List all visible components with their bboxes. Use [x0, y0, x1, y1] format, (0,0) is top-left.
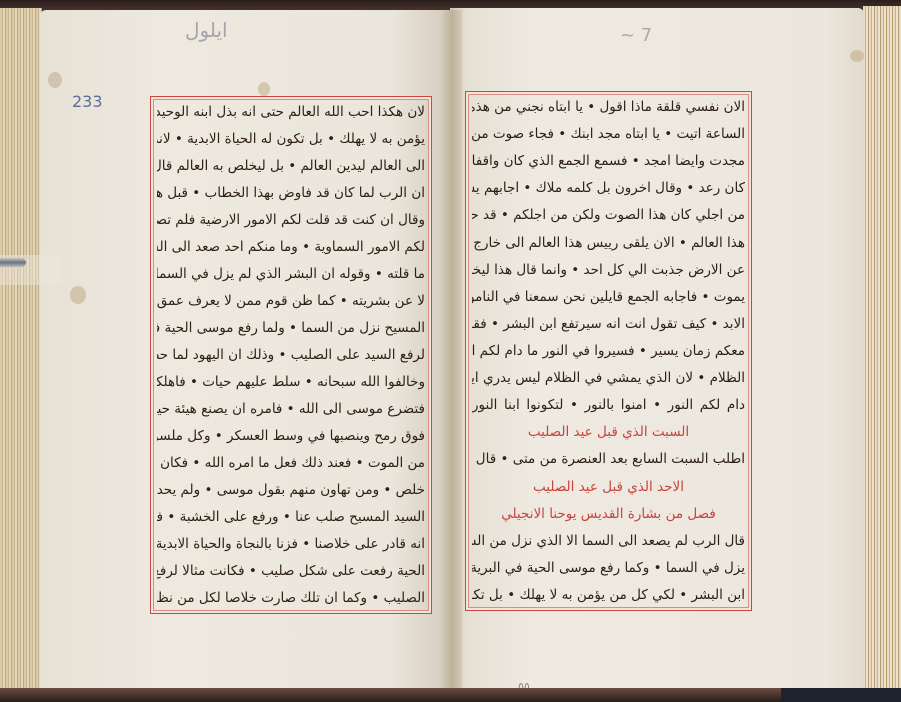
- text-line: فوق رمح وينصبها في وسط العسكر • وكل ملسو…: [157, 425, 425, 447]
- text-line: وخالفوا الله سبحانه • سلط عليهم حيات • ف…: [157, 371, 425, 393]
- metal-clip-icon: [0, 258, 26, 267]
- book-gutter: [440, 10, 462, 690]
- right-text-block: الان نفسي قلقة ماذا اقول • يا ابتاه نجني…: [472, 96, 745, 606]
- text-line: السيد المسيح صلب عنا • ورفع على الخشبة •…: [157, 506, 425, 528]
- text-line: من اجلي كان هذا الصوت ولكن من اجلكم • قد…: [472, 204, 745, 226]
- backdrop-bottom-right: [781, 688, 901, 702]
- text-line: الحية رفعت على شكل صليب • فكانت مثالا لر…: [157, 560, 425, 582]
- text-line: اطلب السبت السابع بعد العنصرة من متى • ق…: [472, 448, 745, 470]
- text-line: معكم زمان يسير • فسيروا في النور ما دام …: [472, 340, 745, 362]
- text-line: لرفع السيد على الصليب • وذلك ان اليهود ل…: [157, 344, 425, 366]
- text-line: مجدت وايضا امجد • فسمع الجمع الذي كان وا…: [472, 150, 745, 172]
- text-line: الساعة اتيت • يا ابتاه مجد ابنك • فجاء ص…: [472, 123, 745, 145]
- left-text-block: لان هكذا احب الله العالم حتى انه بذل ابن…: [157, 101, 425, 609]
- text-line: يؤمن به لا يهلك • بل تكون له الحياة الاب…: [157, 128, 425, 150]
- text-line: فتضرع موسى الى الله • فامره ان يصنع هيئة…: [157, 398, 425, 420]
- text-line: لكم الامور السماوية • وما منكم احد صعد ا…: [157, 236, 425, 258]
- text-line: الصليب • وكما ان تلك صارت خلاصا لكل من ن…: [157, 587, 425, 609]
- text-line: قال الرب لم يصعد الى السما الا الذي نزل …: [472, 530, 745, 552]
- text-line: الى العالم ليدين العالم • بل ليخلص به ال…: [157, 155, 425, 177]
- text-line: من الموت • فعند ذلك فعل ما امره الله • ف…: [157, 452, 425, 474]
- stain: [48, 72, 62, 88]
- rubric-heading: الاحد الذي قبل عيد الصليب: [472, 476, 745, 498]
- stain: [258, 82, 270, 96]
- text-line: المسيح نزل من السما • ولما رفع موسى الحي…: [157, 317, 425, 339]
- text-line: لا عن بشريته • كما ظن قوم ممن لا يعرف عم…: [157, 290, 425, 312]
- text-line: ما قلته • وقوله ان البشر الذي لم يزل في …: [157, 263, 425, 285]
- left-text-frame: لان هكذا احب الله العالم حتى انه بذل ابن…: [150, 96, 432, 614]
- stain: [70, 286, 86, 304]
- text-line: وقال ان كنت قد قلت لكم الامور الارضية فل…: [157, 209, 425, 231]
- pencil-note-left: ايلول: [185, 18, 228, 42]
- pencil-note-right: ~ 7: [620, 25, 652, 46]
- text-line: خلص • ومن تهاون منهم بقول موسى • ولم يحد…: [157, 479, 425, 501]
- text-line: انه قادر على خلاصنا • فزنا بالنجاة والحي…: [157, 533, 425, 555]
- text-line: لان هكذا احب الله العالم حتى انه بذل ابن…: [157, 101, 425, 123]
- right-text-frame: الان نفسي قلقة ماذا اقول • يا ابتاه نجني…: [465, 91, 752, 611]
- text-line: عن الارض جذبت الي كل احد • وانما قال هذا…: [472, 259, 745, 281]
- stain: [850, 50, 864, 62]
- text-line: الابد • كيف تقول انت انه سيرتفع ابن البش…: [472, 313, 745, 335]
- page-edges-right: [863, 6, 901, 690]
- page-edges-left: [0, 8, 42, 690]
- text-line: هذا العالم • الان يلقى رييس هذا العالم ا…: [472, 232, 745, 254]
- text-line: يزل في السما • وكما رفع موسى الحية في ال…: [472, 557, 745, 579]
- rubric-heading: السبت الذي قبل عيد الصليب: [472, 421, 745, 443]
- text-line: ان الرب لما كان قد فاوض بهذا الخطاب • قب…: [157, 182, 425, 204]
- text-line: الان نفسي قلقة ماذا اقول • يا ابتاه نجني…: [472, 96, 745, 118]
- text-line: كان رعد • وقال اخرون بل كلمه ملاك • اجاب…: [472, 177, 745, 199]
- text-line: يموت • فاجابه الجمع قايلين نحن سمعنا في …: [472, 286, 745, 308]
- book-cover-bottom: [0, 688, 901, 702]
- text-line: الظلام • لان الذي يمشي في الظلام ليس يدر…: [472, 367, 745, 389]
- text-line: دام لكم النور • امنوا بالنور • لتكونوا ا…: [472, 394, 745, 416]
- folio-number: 233: [72, 92, 103, 111]
- text-line: ابن البشر • لكي كل من يؤمن به لا يهلك • …: [472, 584, 745, 606]
- rubric-heading: فصل من بشارة القديس يوحنا الانجيلي: [472, 503, 745, 525]
